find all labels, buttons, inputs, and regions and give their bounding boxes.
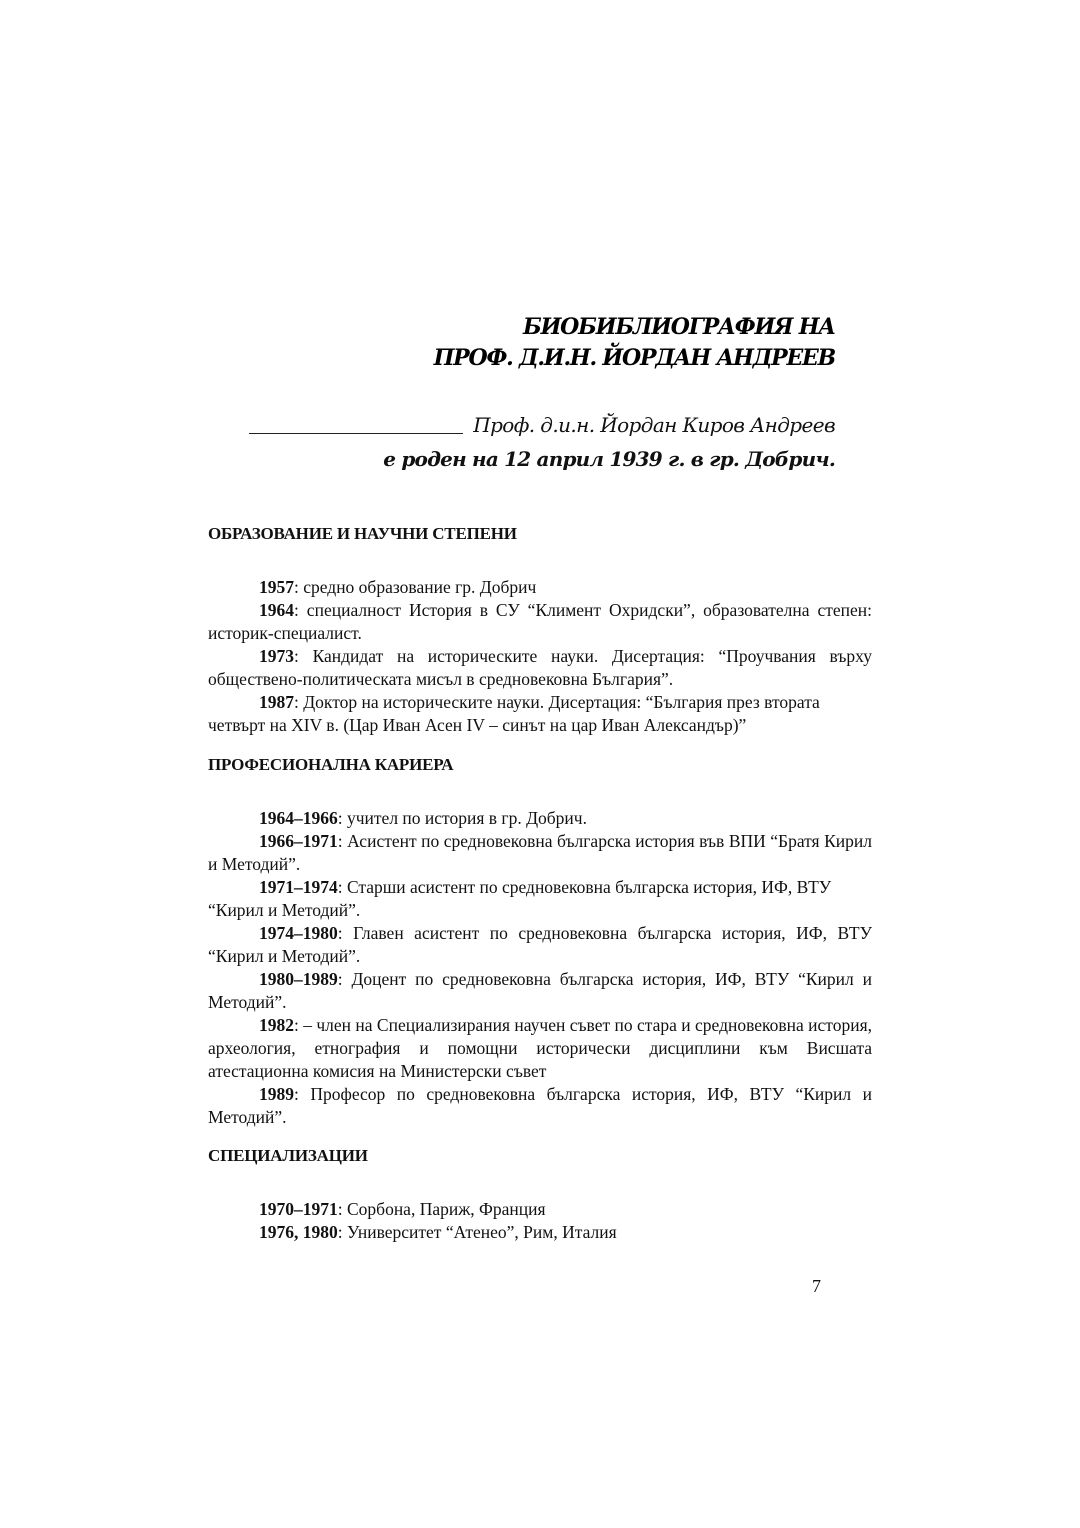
document-title: БИОБИБЛИОГРАФИЯ НА ПРОФ. Д.И.Н. ЙОРДАН А… [434,312,835,374]
subtitle-name: Проф. д.и.н. Йордан Киров Андреев [473,410,835,440]
entry: 1964–1966: учител по история в гр. Добри… [208,807,872,830]
entry: 1974–1980: Главен асистент по средновеко… [208,922,872,968]
entry: 1966–1971: Асистент по средновековна бъл… [208,830,872,876]
subtitle-block: Проф. д.и.н. Йордан Киров Андреев е роде… [236,410,835,476]
section-heading: ОБРАЗОВАНИЕ И НАУЧНИ СТЕПЕНИ [208,522,872,545]
page-number: 7 [812,1276,821,1297]
entry: 1971–1974: Старши асистент по средновеко… [208,876,872,922]
subtitle-birth: е роден на 12 април 1939 г. в гр. Добрич… [236,442,835,476]
entry: 1989: Професор по средновековна българск… [208,1083,872,1129]
entry: 1980–1989: Доцент по средновековна бълга… [208,968,872,1014]
section-education: ОБРАЗОВАНИЕ И НАУЧНИ СТЕПЕНИ 1957: средн… [208,522,872,737]
entry: 1973: Кандидат на историческите науки. Д… [208,645,872,691]
entry: 1987: Доктор на историческите науки. Дис… [208,691,872,737]
title-line-2: ПРОФ. Д.И.Н. ЙОРДАН АНДРЕЕВ [434,343,835,374]
entry: 1982: – член на Специализирания научен с… [208,1014,872,1083]
title-line-1: БИОБИБЛИОГРАФИЯ НА [434,312,835,343]
decorative-rule [249,433,463,434]
section-specializations: СПЕЦИАЛИЗАЦИИ 1970–1971: Сорбона, Париж,… [208,1144,872,1244]
entry: 1964: специалност История в СУ “Климент … [208,599,872,645]
document-page: БИОБИБЛИОГРАФИЯ НА ПРОФ. Д.И.Н. ЙОРДАН А… [0,0,1080,1528]
entry: 1976, 1980: Университет “Атенео”, Рим, И… [208,1221,872,1244]
entry: 1970–1971: Сорбона, Париж, Франция [208,1198,872,1221]
section-heading: СПЕЦИАЛИЗАЦИИ [208,1144,872,1167]
entry: 1957: средно образование гр. Добрич [208,576,872,599]
section-career: ПРОФЕСИОНАЛНА КАРИЕРА 1964–1966: учител … [208,753,872,1129]
section-heading: ПРОФЕСИОНАЛНА КАРИЕРА [208,753,872,776]
